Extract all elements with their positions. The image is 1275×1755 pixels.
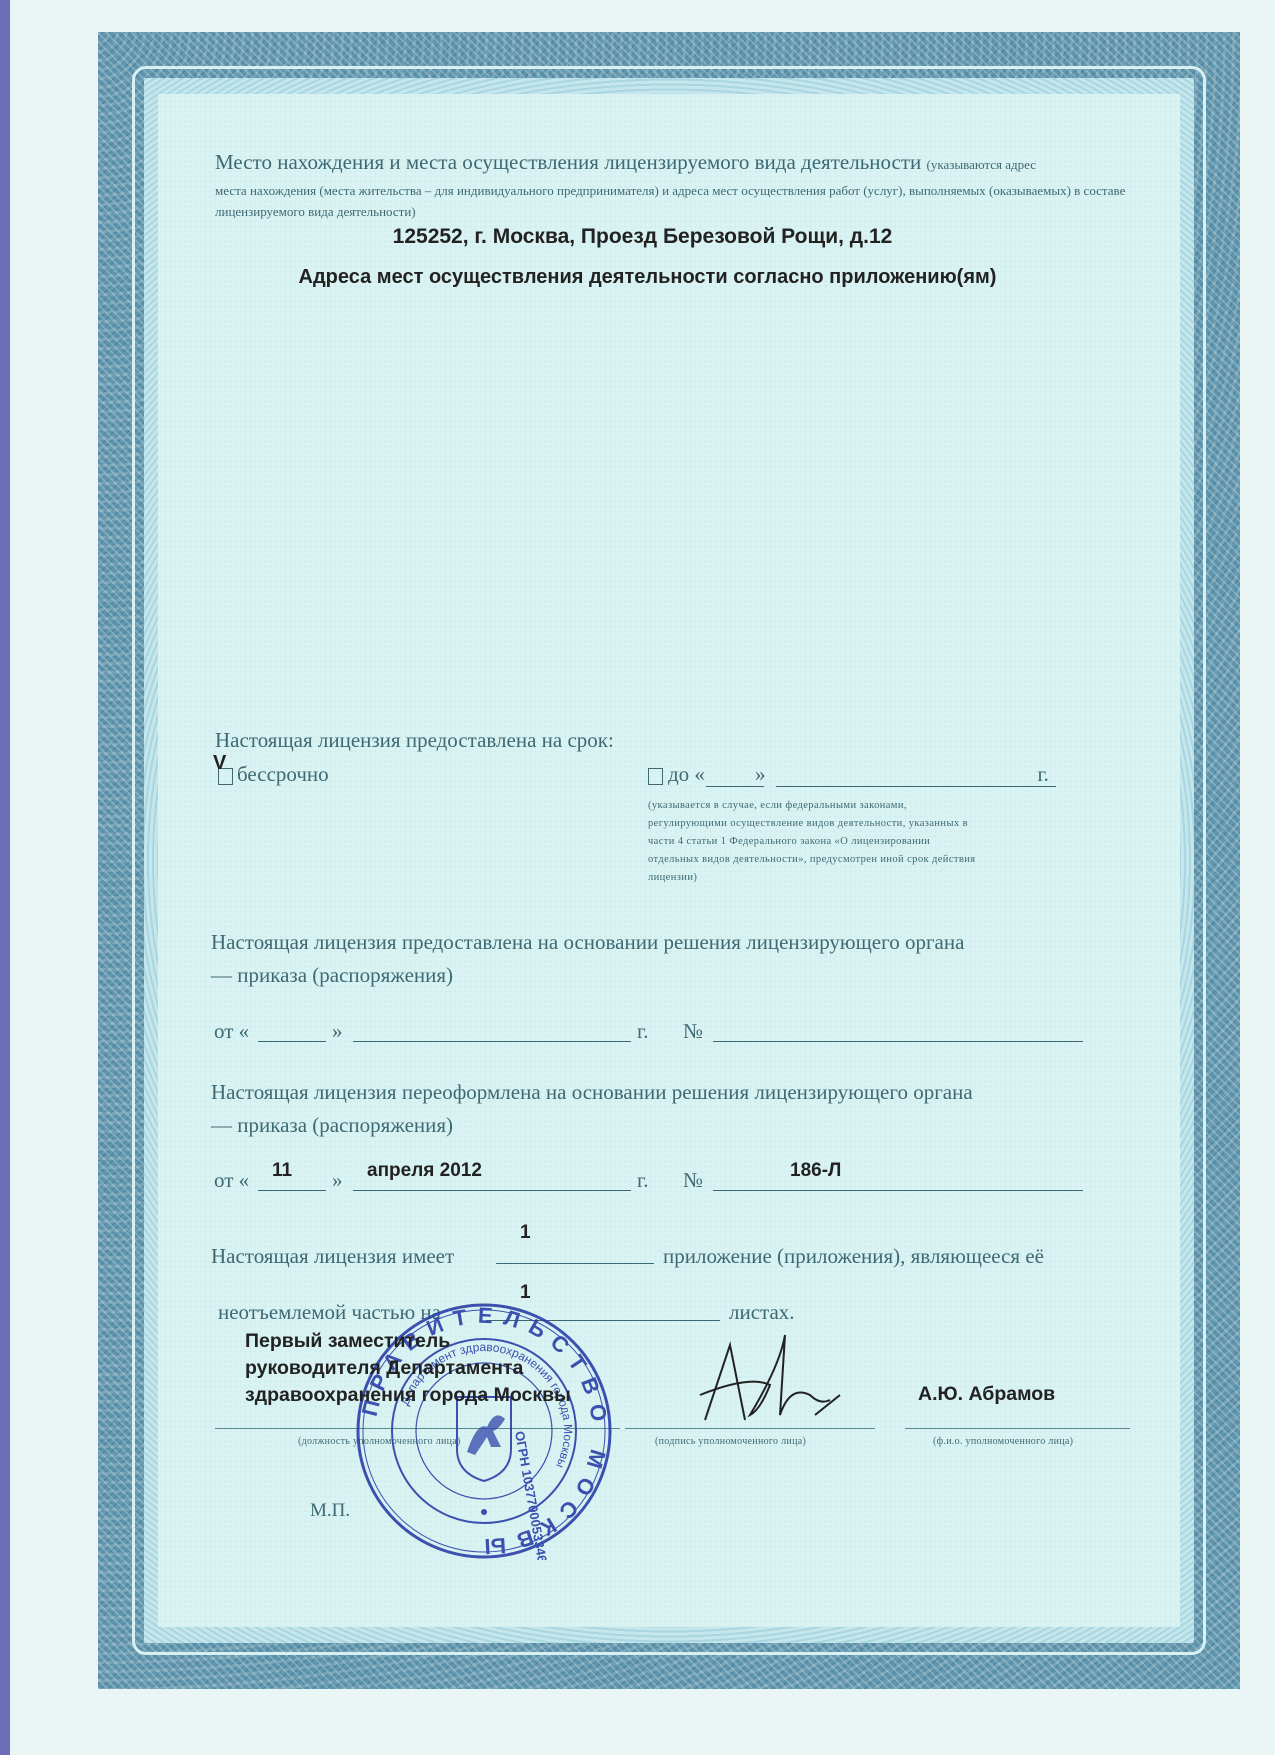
reissued-day-field[interactable] [258,1190,326,1191]
scan-edge-strip [0,0,10,1755]
caption-name: (ф.и.о. уполномоченного лица) [933,1436,1073,1447]
until-date-label: до «»г. [668,762,1049,787]
until-note: (указывается в случае, если федеральными… [648,797,978,887]
granted-month-year-field[interactable] [353,1041,631,1042]
granted-date-prefix: от « [214,1014,249,1048]
seal-place-label: М.П. [310,1500,350,1522]
location-heading: Место нахождения и места осуществления л… [215,150,1036,175]
granted-number-label: № [683,1014,703,1048]
appendix-line-2-suffix: листах. [729,1295,795,1329]
location-heading-note: (указываются адрес [927,157,1036,172]
until-date-checkbox[interactable] [648,768,663,785]
reissued-number-field[interactable] [713,1190,1083,1191]
reissued-date-mid: » [332,1163,343,1197]
reissued-number-label: № [683,1163,703,1197]
check-mark-icon: V [213,752,226,775]
reissued-line-1: Настоящая лицензия переоформлена на осно… [211,1075,973,1109]
reissued-day-value: 11 [272,1160,292,1182]
granted-number-field[interactable] [713,1041,1083,1042]
reissued-month-year-value: апреля 2012 [367,1160,482,1182]
granted-year-suffix: г. [637,1014,649,1048]
granted-line-2: — приказа (распоряжения) [211,958,453,992]
term-title: Настоящая лицензия предоставлена на срок… [215,728,614,753]
signatory-position: Первый заместитель руководителя Департам… [245,1328,571,1409]
appendix-count-field[interactable] [496,1263,654,1264]
until-day-field[interactable] [706,786,764,787]
activity-addresses-note: Адреса мест осуществления деятельности с… [0,266,1275,289]
name-line [905,1428,1130,1429]
signatory-name: А.Ю. Абрамов [918,1383,1055,1406]
reissued-line-2: — приказа (распоряжения) [211,1108,453,1142]
permanent-label: бессрочно [237,762,329,787]
appendix-line-1-suffix: приложение (приложения), являющееся её [663,1239,1044,1273]
granted-day-field[interactable] [258,1041,326,1042]
reissued-month-year-field[interactable] [353,1190,631,1191]
reissued-year-suffix: г. [637,1163,649,1197]
granted-line-1: Настоящая лицензия предоставлена на осно… [211,925,964,959]
handwritten-signature [690,1325,850,1435]
license-address: 125252, г. Москва, Проезд Березовой Рощи… [0,225,1275,249]
until-month-year-field[interactable] [776,786,1056,787]
appendix-count-value: 1 [520,1222,531,1244]
caption-signature: (подпись уполномоченного лица) [655,1436,806,1447]
reissued-number-value: 186-Л [790,1160,841,1182]
appendix-line-1-prefix: Настоящая лицензия имеет [211,1239,454,1273]
granted-date-mid: » [332,1014,343,1048]
appendix-sheets-value: 1 [520,1282,531,1304]
location-subheading: места нахождения (места жительства – для… [215,180,1135,222]
reissued-date-prefix: от « [214,1163,249,1197]
